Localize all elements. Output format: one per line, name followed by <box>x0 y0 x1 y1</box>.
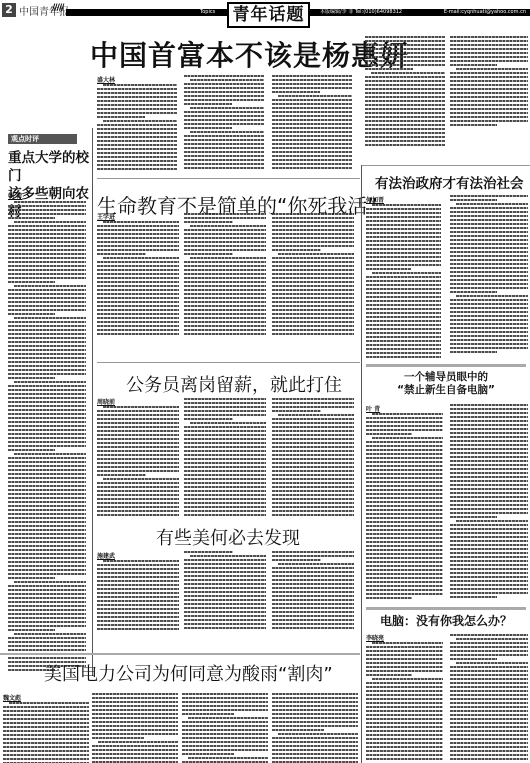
counselor-headline-line2: “禁止新生自备电脑” <box>362 384 530 397</box>
sidebar-byline: 朝 荷 <box>8 191 22 200</box>
beauty-col2 <box>184 551 266 632</box>
life-education-col1 <box>97 221 179 339</box>
divider <box>362 165 530 166</box>
editor-info: 本版编辑/李 菲 Tel:(010)64098312 <box>320 9 402 16</box>
computer-byline: 李晓亮 <box>366 633 384 642</box>
counselor-headline-line1: 一个辅导员眼中的 <box>362 371 530 384</box>
counselor-byline: 叶 青 <box>366 404 380 413</box>
civil-servant-col2 <box>184 398 266 520</box>
divider <box>97 362 360 363</box>
divider <box>97 178 360 179</box>
main-headline: 中国首富本不该是杨惠妍 <box>90 34 365 74</box>
main-article-col1 <box>97 84 177 174</box>
main-article-col2 <box>184 75 264 174</box>
beauty-headline: 有些美何必去发现 <box>156 524 300 550</box>
us-power-col4 <box>272 693 358 763</box>
masthead-contact-bar: 本版编辑/李 菲 Tel:(010)64098312 E-mail:cyqnhu… <box>310 9 530 16</box>
divider <box>366 364 526 367</box>
sidebar-article-body <box>8 201 86 676</box>
beauty-col3 <box>272 551 354 632</box>
rule-of-law-col1 <box>366 204 441 360</box>
rule-of-law-col2 <box>450 195 528 360</box>
computer-col2 <box>450 634 528 763</box>
counselor-col2 <box>450 404 528 603</box>
us-power-headline: 美国电力公司为何同意为酸雨“割肉” <box>44 660 333 686</box>
rule-of-law-byline: 何加晋 <box>366 195 384 204</box>
us-power-byline: 魏文彪 <box>3 693 21 702</box>
sidebar-tag: 观点时评 <box>8 134 77 144</box>
beauty-col1 <box>97 560 179 632</box>
life-education-byline: 王学进 <box>97 212 115 221</box>
counselor-col1 <box>366 413 443 603</box>
computer-col1 <box>366 642 443 763</box>
issue-date: 2007年10月11日 星期四 <box>66 20 127 26</box>
beauty-byline: 施建武 <box>97 551 115 560</box>
us-power-col2 <box>92 693 178 763</box>
topics-label: Topics <box>200 9 215 16</box>
sidebar-headline-line1: 重点大学的校门 <box>8 149 90 185</box>
main-article-col5 <box>450 36 528 148</box>
divider <box>366 607 526 610</box>
page-number: 2 <box>2 3 16 17</box>
life-education-col3 <box>272 213 354 339</box>
rule-of-law-headline: 有法治政府才有法治社会 <box>375 172 524 192</box>
main-article-col3 <box>272 75 352 174</box>
main-byline: 盛大林 <box>97 75 115 84</box>
main-article-col4 <box>365 36 445 148</box>
civil-servant-col1 <box>97 406 179 520</box>
civil-servant-headline: 公务员离岗留薪，就此打住 <box>126 371 342 397</box>
counselor-headline: 一个辅导员眼中的 “禁止新生自备电脑” <box>362 371 530 397</box>
column-divider <box>361 165 362 763</box>
column-divider <box>92 128 93 676</box>
divider <box>0 653 360 655</box>
section-title: 青年话题 <box>227 2 310 28</box>
life-education-col2 <box>184 213 266 339</box>
masthead-slashes: ///// <box>52 3 63 13</box>
civil-servant-byline: 周晓前 <box>97 397 115 406</box>
computer-headline: 电脑：没有你我怎么办？ <box>362 612 530 629</box>
us-power-col3 <box>182 693 268 763</box>
us-power-col1 <box>3 702 89 763</box>
contact-email: E-mail:cyqnhuati@yahoo.com.cn <box>444 9 526 16</box>
civil-servant-col3 <box>272 398 354 520</box>
